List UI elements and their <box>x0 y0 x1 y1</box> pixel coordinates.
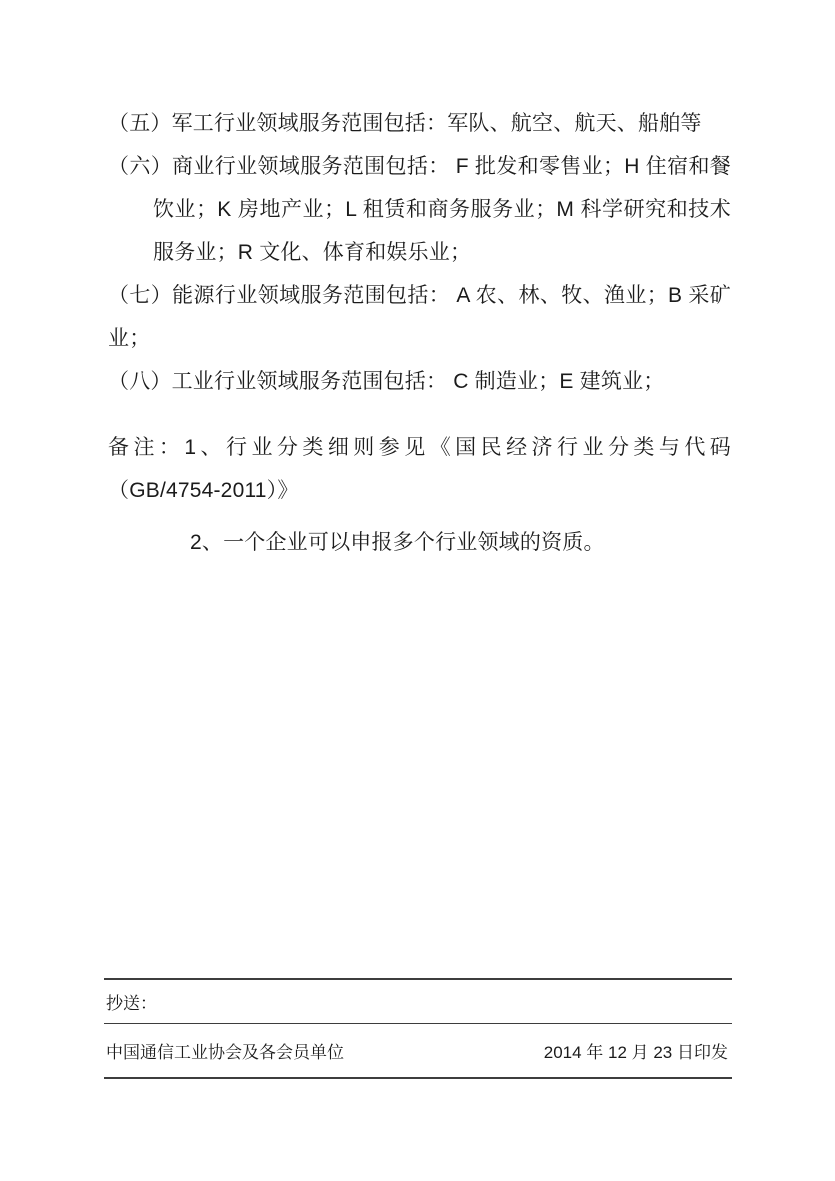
clause-wu-line: （五）军工行业领域服务范围包括：军队、航空、航天、船舶等 <box>108 102 731 145</box>
remarks-line-1: 备注：1、行业分类细则参见《国民经济行业分类与代码 <box>108 426 731 469</box>
cc-label: 抄送： <box>106 989 157 1014</box>
footer-rule-bottom <box>104 1077 732 1079</box>
distribution-row: 中国通信工业协会及各会员单位 2014 年 12 月 23 日印发 <box>104 1024 732 1077</box>
remarks-line-3: 2、一个企业可以申报多个行业领域的资质。 <box>108 521 731 564</box>
distribution-org: 中国通信工业协会及各会员单位 <box>106 1038 344 1063</box>
document-page: （五）军工行业领域服务范围包括：军队、航空、航天、船舶等 （六）商业行业领域服务… <box>0 0 835 1181</box>
clause-ba-line: （八）工业行业领域服务范围包括： C 制造业；E 建筑业； <box>108 360 731 403</box>
clause-liu-line-1: （六）商业行业领域服务范围包括： F 批发和零售业；H 住宿和餐 <box>108 145 731 188</box>
remarks-line-2: （GB/4754-2011）》 <box>108 469 731 512</box>
clause-liu-line-2: 饮业；K 房地产业；L 租赁和商务服务业；M 科学研究和技术 <box>108 188 731 231</box>
print-date: 2014 年 12 月 23 日印发 <box>544 1038 728 1063</box>
clause-qi-line-2: 业； <box>108 317 731 360</box>
document-footer: 抄送： 中国通信工业协会及各会员单位 2014 年 12 月 23 日印发 <box>104 978 732 1079</box>
document-body: （五）军工行业领域服务范围包括：军队、航空、航天、船舶等 （六）商业行业领域服务… <box>108 102 731 564</box>
clause-qi-line-1: （七）能源行业领域服务范围包括： A 农、林、牧、渔业；B 采矿 <box>108 274 731 317</box>
cc-section: 抄送： <box>104 980 732 1023</box>
clause-liu-line-3: 服务业；R 文化、体育和娱乐业； <box>108 231 731 274</box>
